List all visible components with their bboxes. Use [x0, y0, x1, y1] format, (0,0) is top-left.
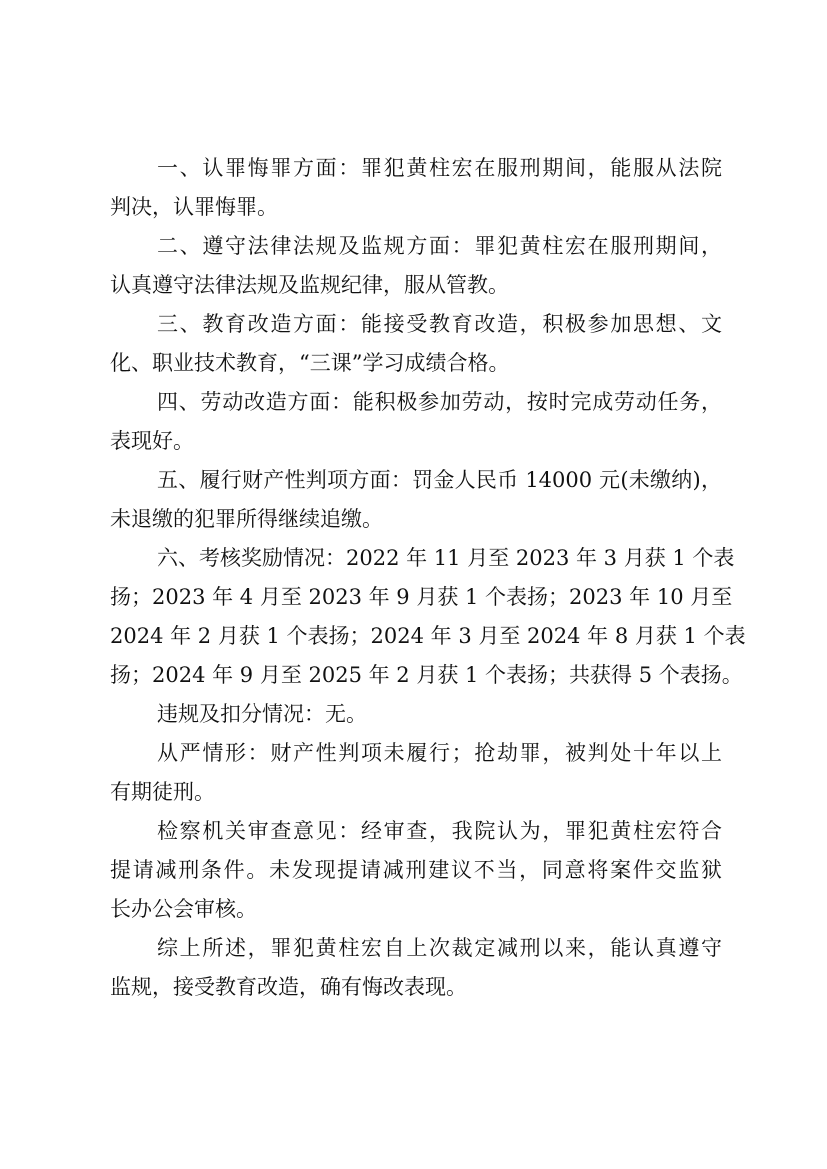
text-line: 判决，认罪悔罪。: [110, 188, 722, 227]
paragraph-violations: 违规及扣分情况：无。: [110, 695, 722, 734]
paragraph-remorse: 一、认罪悔罪方面：罪犯黄柱宏在服刑期间，能服从法院 判决，认罪悔罪。: [110, 149, 722, 227]
paragraph-property-judgment: 五、履行财产性判项方面：罚金人民币 14000 元(未缴纳)， 未退缴的犯罪所得…: [110, 461, 722, 539]
paragraph-strict-circumstances: 从严情形：财产性判项未履行；抢劫罪，被判处十年以上 有期徒刑。: [110, 734, 722, 812]
text-line: 一、认罪悔罪方面：罪犯黄柱宏在服刑期间，能服从法院: [110, 149, 722, 188]
document-body: 一、认罪悔罪方面：罪犯黄柱宏在服刑期间，能服从法院 判决，认罪悔罪。 二、遵守法…: [110, 149, 722, 1007]
text-line: 扬；2024 年 9 月至 2025 年 2 月获 1 个表扬；共获得 5 个表…: [110, 656, 722, 695]
text-line: 表现好。: [110, 422, 722, 461]
text-line: 认真遵守法律法规及监规纪律，服从管教。: [110, 266, 722, 305]
text-line: 化、职业技术教育，“三课”学习成绩合格。: [110, 344, 722, 383]
text-line: 六、考核奖励情况：2022 年 11 月至 2023 年 3 月获 1 个表: [110, 539, 722, 578]
text-line: 从严情形：财产性判项未履行；抢劫罪，被判处十年以上: [110, 734, 722, 773]
text-line: 长办公会审核。: [110, 890, 722, 929]
paragraph-law-compliance: 二、遵守法律法规及监规方面：罪犯黄柱宏在服刑期间， 认真遵守法律法规及监规纪律，…: [110, 227, 722, 305]
text-line: 五、履行财产性判项方面：罚金人民币 14000 元(未缴纳)，: [110, 461, 722, 500]
paragraph-labor: 四、劳动改造方面：能积极参加劳动，按时完成劳动任务， 表现好。: [110, 383, 722, 461]
text-line: 四、劳动改造方面：能积极参加劳动，按时完成劳动任务，: [110, 383, 722, 422]
paragraph-procuratorate-opinion: 检察机关审查意见：经审查，我院认为，罪犯黄柱宏符合 提请减刑条件。未发现提请减刑…: [110, 812, 722, 929]
text-line: 检察机关审查意见：经审查，我院认为，罪犯黄柱宏符合: [110, 812, 722, 851]
paragraph-education: 三、教育改造方面：能接受教育改造，积极参加思想、文 化、职业技术教育，“三课”学…: [110, 305, 722, 383]
text-line: 2024 年 2 月获 1 个表扬；2024 年 3 月至 2024 年 8 月…: [110, 617, 722, 656]
text-line: 有期徒刑。: [110, 773, 722, 812]
text-line: 综上所述，罪犯黄柱宏自上次裁定减刑以来，能认真遵守: [110, 929, 722, 968]
paragraph-rewards: 六、考核奖励情况：2022 年 11 月至 2023 年 3 月获 1 个表 扬…: [110, 539, 722, 695]
document-page: 一、认罪悔罪方面：罪犯黄柱宏在服刑期间，能服从法院 判决，认罪悔罪。 二、遵守法…: [0, 0, 827, 1169]
text-line: 监规，接受教育改造，确有悔改表现。: [110, 968, 722, 1007]
text-line: 二、遵守法律法规及监规方面：罪犯黄柱宏在服刑期间，: [110, 227, 722, 266]
text-line: 违规及扣分情况：无。: [110, 695, 722, 734]
text-line: 扬；2023 年 4 月至 2023 年 9 月获 1 个表扬；2023 年 1…: [110, 578, 722, 617]
paragraph-conclusion: 综上所述，罪犯黄柱宏自上次裁定减刑以来，能认真遵守 监规，接受教育改造，确有悔改…: [110, 929, 722, 1007]
text-line: 未退缴的犯罪所得继续追缴。: [110, 500, 722, 539]
text-line: 三、教育改造方面：能接受教育改造，积极参加思想、文: [110, 305, 722, 344]
text-line: 提请减刑条件。未发现提请减刑建议不当，同意将案件交监狱: [110, 851, 722, 890]
